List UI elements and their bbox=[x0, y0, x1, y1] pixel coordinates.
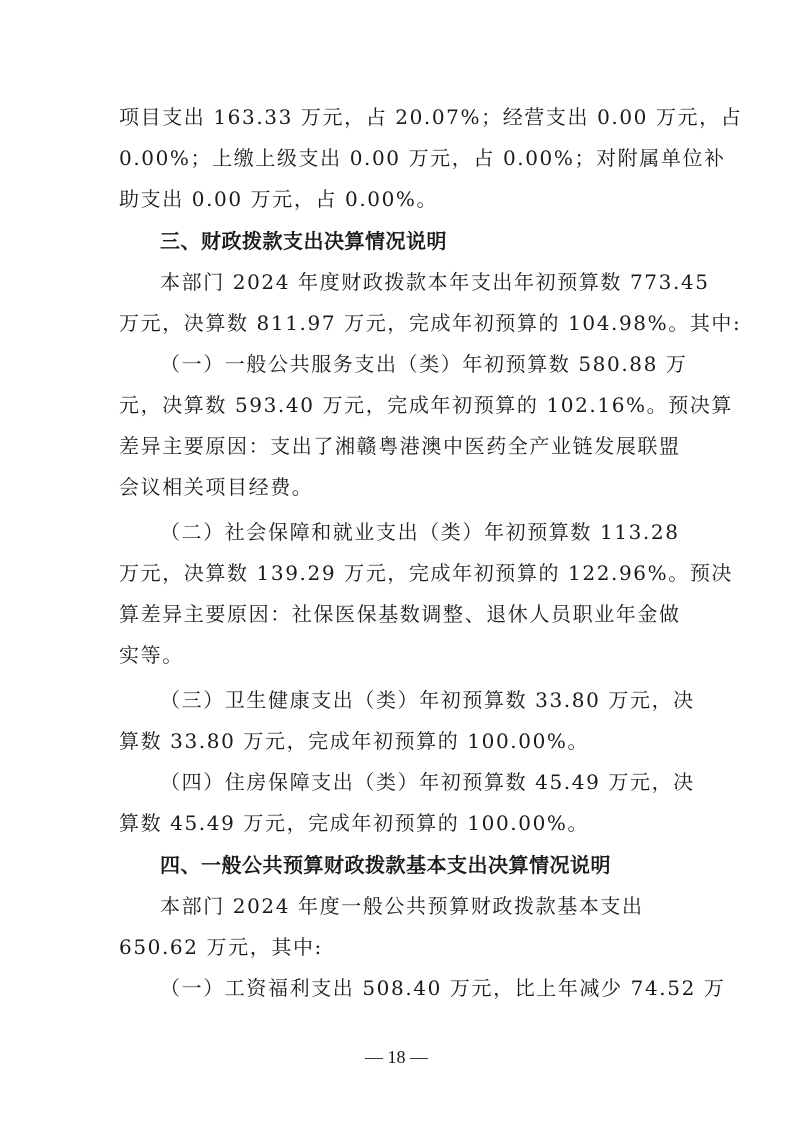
paragraph-line: （一）一般公共服务支出（类）年初预算数 580.88 万 bbox=[160, 352, 720, 376]
section-heading-4: 四、一般公共预算财政拨款基本支出决算情况说明 bbox=[160, 853, 720, 877]
paragraph-line: 万元，决算数 139.29 万元，完成年初预算的 122.96%。预决 bbox=[119, 561, 679, 585]
paragraph-line: 算数 45.49 万元，完成年初预算的 100.00%。 bbox=[119, 811, 679, 835]
paragraph-line: 本部门 2024 年度财政拨款本年支出年初预算数 773.45 bbox=[160, 270, 720, 294]
paragraph-line: 元，决算数 593.40 万元，完成年初预算的 102.16%。预决算 bbox=[119, 393, 679, 417]
paragraph-line: 差异主要原因：支出了湘赣粤港澳中医药全产业链发展联盟 bbox=[119, 434, 679, 458]
paragraph-line: （一）工资福利支出 508.40 万元，比上年减少 74.52 万 bbox=[160, 976, 720, 1000]
section-heading-3: 三、财政拨款支出决算情况说明 bbox=[160, 229, 720, 253]
document-page: 项目支出 163.33 万元，占 20.07%；经营支出 0.00 万元，占 0… bbox=[0, 0, 793, 1122]
paragraph-line: 算差异主要原因：社保医保基数调整、退休人员职业年金做 bbox=[119, 602, 679, 626]
paragraph-line: 万元，决算数 811.97 万元，完成年初预算的 104.98%。其中: bbox=[119, 311, 679, 335]
paragraph-line: 650.62 万元，其中: bbox=[119, 935, 679, 959]
paragraph-line: （四）住房保障支出（类）年初预算数 45.49 万元，决 bbox=[160, 770, 720, 794]
paragraph-line: 会议相关项目经费。 bbox=[119, 475, 679, 499]
paragraph-line: （二）社会保障和就业支出（类）年初预算数 113.28 bbox=[160, 520, 720, 544]
paragraph-line: 助支出 0.00 万元，占 0.00%。 bbox=[119, 187, 679, 211]
paragraph-line: 0.00%；上缴上级支出 0.00 万元，占 0.00%；对附属单位补 bbox=[119, 146, 679, 170]
paragraph-line: 算数 33.80 万元，完成年初预算的 100.00%。 bbox=[119, 729, 679, 753]
paragraph-line: 项目支出 163.33 万元，占 20.07%；经营支出 0.00 万元，占 bbox=[119, 105, 679, 129]
paragraph-line: 实等。 bbox=[119, 643, 679, 667]
paragraph-line: （三）卫生健康支出（类）年初预算数 33.80 万元，决 bbox=[160, 688, 720, 712]
page-number: — 18 — bbox=[0, 1046, 793, 1068]
paragraph-line: 本部门 2024 年度一般公共预算财政拨款基本支出 bbox=[160, 894, 720, 918]
